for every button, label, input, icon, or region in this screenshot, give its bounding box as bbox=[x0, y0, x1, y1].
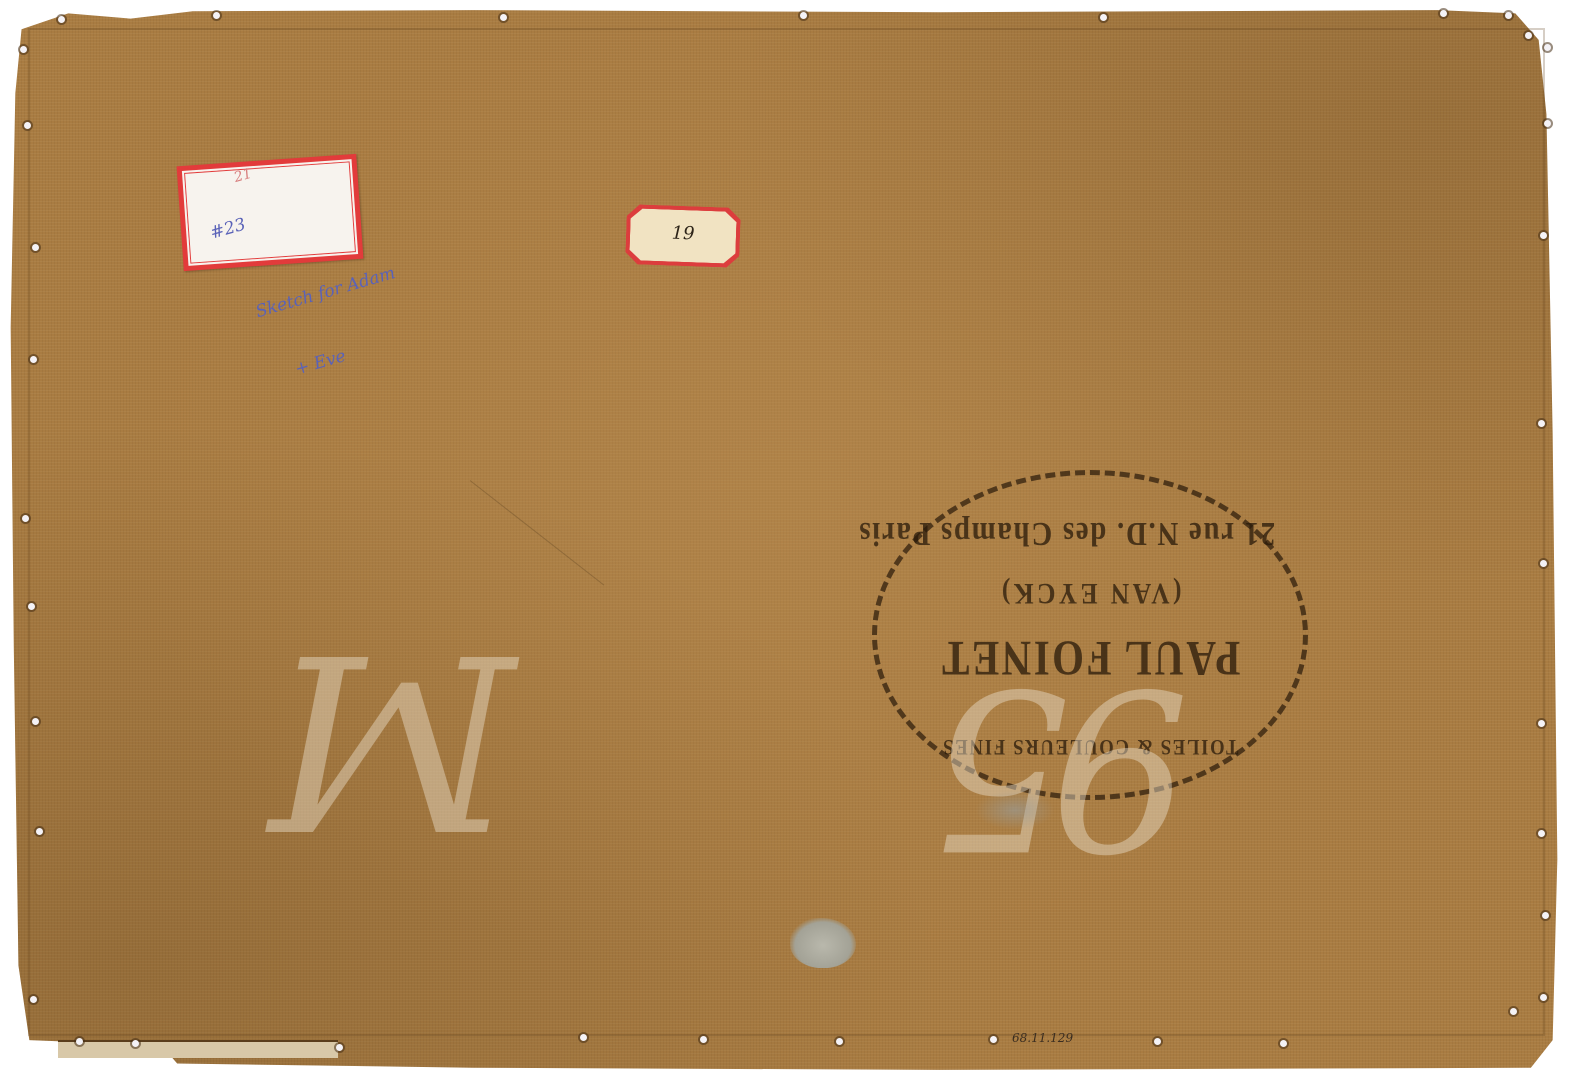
tack-icon bbox=[500, 14, 507, 21]
tack-icon bbox=[28, 603, 35, 610]
stamp-top-arc: TOILES & COULEURS FINES bbox=[905, 734, 1276, 760]
tack-icon bbox=[1154, 1038, 1161, 1045]
label-paper: #23 21 Sketch for Adam + Eve bbox=[184, 161, 356, 263]
label-crossed-annotation: 21 bbox=[231, 163, 254, 189]
tack-icon bbox=[1100, 14, 1107, 21]
wax-seal bbox=[790, 918, 856, 968]
tack-icon bbox=[580, 1034, 587, 1041]
tack-icon bbox=[132, 1040, 139, 1047]
torn-bottom-edge bbox=[58, 1040, 338, 1058]
label-title-line-2: + Eve bbox=[250, 326, 416, 393]
tack-icon bbox=[76, 1038, 83, 1045]
paint-smudge bbox=[975, 790, 1055, 830]
tack-icon bbox=[836, 1038, 843, 1045]
label-title-line-1: Sketch for Adam bbox=[232, 262, 398, 329]
stamp-name: PAUL FOINET bbox=[911, 630, 1269, 688]
tack-icon bbox=[20, 46, 27, 53]
tack-icon bbox=[1544, 120, 1551, 127]
tack-icon bbox=[24, 122, 31, 129]
tack-icon bbox=[1510, 1008, 1517, 1015]
tack-icon bbox=[1525, 32, 1532, 39]
tack-icon bbox=[1544, 44, 1551, 51]
tack-icon bbox=[1505, 12, 1512, 19]
tack-icon bbox=[32, 718, 39, 725]
inventory-label: #23 21 Sketch for Adam + Eve bbox=[177, 154, 364, 271]
tack-icon bbox=[990, 1036, 997, 1043]
stamp-bottom-arc: 21 rue N.D. des Champs Paris bbox=[905, 514, 1276, 552]
tack-icon bbox=[1540, 560, 1547, 567]
supplier-stamp: TOILES & COULEURS FINES (VAN EYCK) PAUL … bbox=[872, 470, 1308, 800]
tack-icon bbox=[36, 828, 43, 835]
tack-icon bbox=[336, 1044, 343, 1051]
tack-icon bbox=[1280, 1040, 1287, 1047]
tack-icon bbox=[1538, 420, 1545, 427]
tack-icon bbox=[1540, 232, 1547, 239]
tack-icon bbox=[1538, 830, 1545, 837]
tack-icon bbox=[800, 12, 807, 19]
lot-label-paper: 19 bbox=[629, 208, 737, 264]
tack-icon bbox=[22, 515, 29, 522]
lot-number: 19 bbox=[630, 221, 737, 246]
lot-label: 19 bbox=[625, 204, 741, 268]
tack-icon bbox=[30, 356, 37, 363]
tack-icon bbox=[700, 1036, 707, 1043]
tack-icon bbox=[58, 16, 65, 23]
label-number: #23 bbox=[208, 178, 374, 245]
inventory-number: 68.11.129 bbox=[1012, 1031, 1073, 1045]
stamp-middle: (VAN EYCK) bbox=[905, 576, 1276, 610]
tack-icon bbox=[1542, 912, 1549, 919]
tack-icon bbox=[32, 244, 39, 251]
tack-icon bbox=[1440, 10, 1447, 17]
tack-icon bbox=[213, 12, 220, 19]
tack-icon bbox=[1540, 994, 1547, 1001]
tack-icon bbox=[30, 996, 37, 1003]
tack-icon bbox=[1538, 720, 1545, 727]
